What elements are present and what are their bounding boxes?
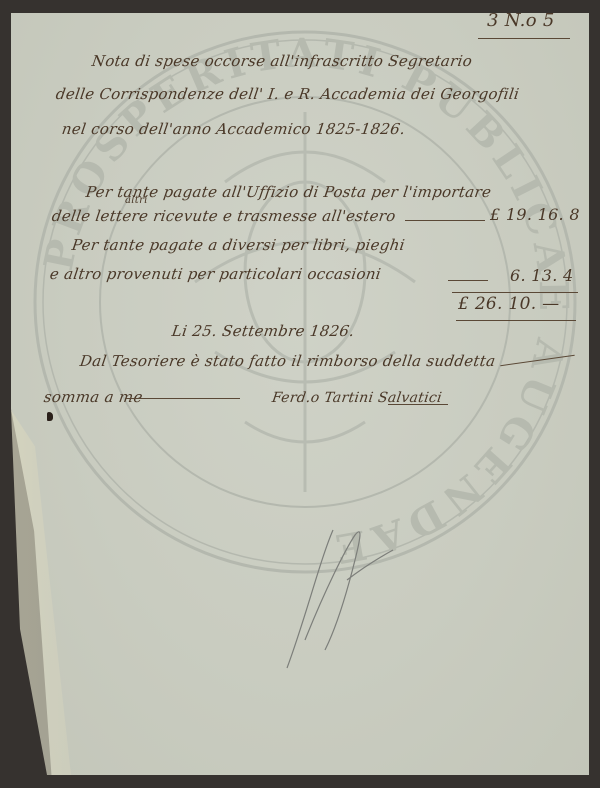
total-rule-top [452, 292, 578, 293]
heading-line-3: nel corso dell'anno Accademico 1825-1826… [61, 120, 407, 138]
total-amount: £ 26. 10. — [458, 294, 559, 314]
pencil-scribble [285, 520, 395, 670]
item-2-line-2: e altro provenuti per particolari occasi… [49, 265, 383, 283]
total-rule-bottom [456, 320, 576, 321]
signature-flourish [388, 404, 448, 405]
item-2-amount: 6. 13. 4 [510, 266, 573, 285]
item-1-dash [405, 220, 485, 221]
receipt-line-1: Dal Tesoriere è stato fatto il rimborso … [79, 352, 497, 370]
ink-blot [47, 412, 53, 421]
item-1-line-2: delle lettere ricevute e trasmesse all'e… [51, 207, 397, 225]
reference-number: 3 N.o 5 [487, 10, 555, 31]
item-2-line-1: Per tante pagate a diversi per libri, pi… [71, 236, 406, 254]
receipt-dash [125, 398, 240, 399]
heading-line-2: delle Corrispondenze dell' I. e R. Accad… [55, 85, 521, 103]
heading-line-1: Nota di spese occorse all'infrascritto S… [91, 52, 474, 70]
date-line: Li 25. Settembre 1826. [171, 322, 356, 340]
item-1-insert: altri [125, 195, 148, 206]
item-1-amount: £ 19. 16. 8 [490, 205, 580, 224]
receipt-line-2: somma a me [43, 388, 144, 406]
reference-underline [478, 38, 570, 39]
item-2-dash [448, 280, 488, 281]
